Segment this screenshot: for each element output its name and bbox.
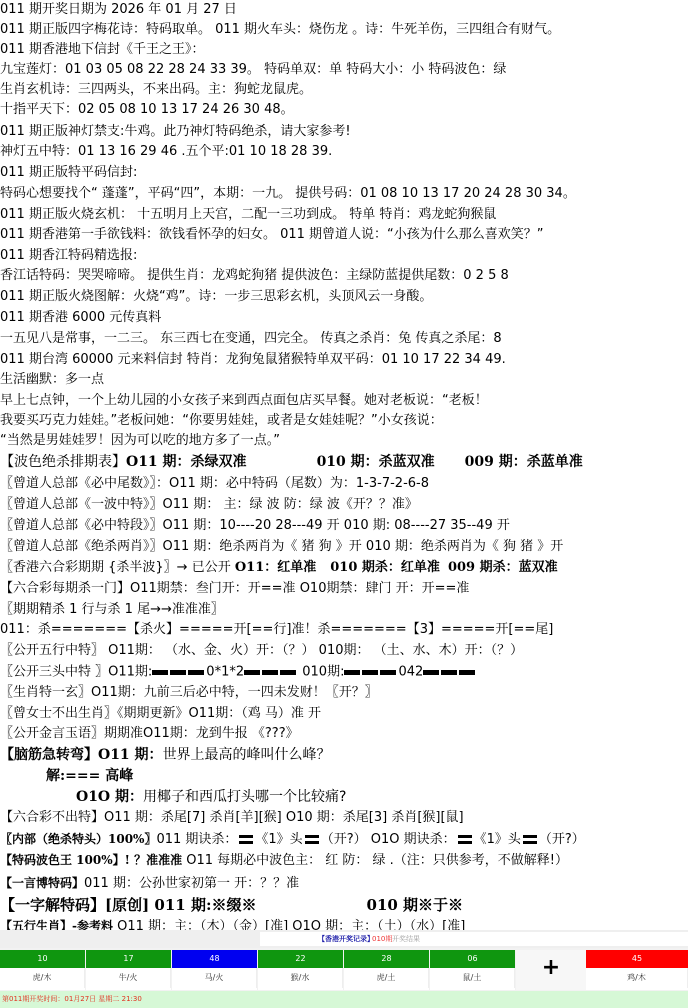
ten-fingers-line: 十指平天下：02 05 08 10 13 17 24 26 30 48。 <box>0 100 294 120</box>
bose-kill-line: 【波色绝杀排期表】O11 期：杀绿双准010 期：杀蓝双准009 期：杀蓝单准 <box>0 452 583 472</box>
riddle-line: 【脑筋急转弯】O11 期：世界上最高的峰叫什么峰？ <box>0 745 331 765</box>
bose-kill-label: 【波色绝杀排期表】 <box>0 454 126 470</box>
lottery-results-widget: 【香港开奖记录】 010期 开奖结果 10虎/木 17牛/火 48马/火 22猴… <box>0 930 688 1008</box>
one-wave-line: 〖曾道人总部《一波中特》〗O11 期： 主：绿 波 防：绿 波《开？？准》 <box>0 495 418 515</box>
period-label: 010期 <box>372 930 392 948</box>
envelope-title-line: 011 期香港地下信封《千王之王》： <box>0 40 204 60</box>
kill-one-gate-line: 【六合彩每期杀一门】O11期禁：叁门开：开==准 O10期禁：肆门 开：开==准 <box>0 579 469 599</box>
xiangjiang-code-line: 香江话特码：哭哭啼啼。 提供生肖：龙鸡蛇狗猪 提供波色：主绿防蓝提供尾数：0 2… <box>0 266 509 286</box>
next-draw-time: 第011期开奖时间：01月27日 星期二 21:30 <box>0 991 688 1008</box>
bar-glyph-icon <box>152 662 206 682</box>
ball-cell: 10虎/木 <box>0 950 85 990</box>
lamp-five-line: 神灯五中特：01 13 16 29 46 .五个平:01 10 18 28 39… <box>0 142 332 162</box>
humor-line-2: 我要买巧克力娃娃。”老板问她：“你要男娃娃，或者是女娃娃呢？”小女孩说： <box>0 411 443 431</box>
xiangjiang-title-line: 011 期香江特码精选报: <box>0 246 137 266</box>
special-segment-line: 〖曾道人总部《必中特段》〗O11 期：10----20 28---49 开 01… <box>0 516 510 536</box>
bar-glyph-icon <box>244 662 298 682</box>
bar-glyph-icon <box>344 662 398 682</box>
humor-line-3: “当然是男娃娃罗！因为可以吃的地方多了一点。” <box>0 431 280 451</box>
golden-words-line: 〖公开金言玉语〗期期准O11期：龙到牛报 《???》 <box>0 724 299 744</box>
double-bar-icon <box>239 835 253 844</box>
ms-zeng-line: 〖曾女士不出生肖〗《期期更新》O11期：（鸡 马）准 开 <box>0 704 321 724</box>
special-code-line: 特码心想要找个“ 蓬蓬”，平码“四”，本期：一九。 提供号码：01 08 10 … <box>0 184 576 204</box>
no-special-line: 【六合彩不出特】O11 期：杀尾[7] 杀肖[羊][猴] O10 期：杀尾[3]… <box>0 808 464 828</box>
zodiac-one-line: 〖生肖特一玄〗O11期：九前三后必中特，一四未发财！〖开？〗 <box>0 683 378 703</box>
precise-kill-title: 〖期期精杀 1 行与杀 1 尾→→准准准〗 <box>0 600 224 620</box>
fax-content-line: 一五见八是常事，一二三。 东三西七在变通，四完全。 传真之杀肖：兔 传真之杀尾：… <box>0 329 502 349</box>
ball-cell: 48马/火 <box>172 950 257 990</box>
lottery-header: 【香港开奖记录】 010期 开奖结果 <box>0 930 688 948</box>
one-word-special-line: 【一言博特码】011 期：公孙世家初第一 开：？？准 <box>0 873 299 893</box>
draw-date-line: 011 期开奖日期为 2026 年 01 月 27 日 <box>0 0 237 20</box>
ball-cell: 17牛/火 <box>86 950 171 990</box>
plus-icon: + <box>516 950 586 990</box>
half-wave-line: 〖香港六合彩期期 {杀半波}〗→ 已公开 O11：红单准010 期杀：红单准00… <box>0 558 558 578</box>
wave-king-line: 【特码波色王 100%】! ？准准准 O11 每期必中波色主： 红 防： 绿 .… <box>0 850 568 870</box>
bar-glyph-icon <box>423 662 477 682</box>
double-bar-icon <box>523 835 537 844</box>
internal-kill-head-line: 〖内部（绝杀特头）100%〗011 期诀杀：《1》头（开?） O1O 期诀杀：《… <box>0 829 585 849</box>
precise-kill-line: 011：杀=======【杀火】=====开[==行]准！杀=======【3】… <box>0 620 553 640</box>
lamp-ban-line: 011 期正版神灯禁支:牛鸡。此乃神灯特码绝杀，请大家参考! <box>0 122 351 142</box>
first-hand-line: 011 期香港第一手欲钱料：欲钱看怀孕的妇女。 011 期曾道人说：“小孩为什么… <box>0 225 544 245</box>
fire-diagram-line: 011 期正版火烧图解：火烧“鸡”。诗：一步三思彩玄机，头顶风云一身酸。 <box>0 287 432 307</box>
lotus-lamp-line: 九宝莲灯：01 03 05 08 22 28 24 33 39。 特码单双：单 … <box>0 60 506 80</box>
riddle-010-line: O1O 期：用椰子和西瓜打头哪一个比较痛? <box>76 787 346 807</box>
kill-two-zodiac-line: 〖曾道人总部《绝杀两肖》〗O11 期：绝杀两肖为《 猪 狗 》开 010 期：绝… <box>0 537 563 557</box>
humor-title-line: 生活幽默：多一点 <box>0 370 104 390</box>
one-char-special-line: 【一字解特码】[原创] 011 期:※缀※010 期※于※ <box>0 894 463 916</box>
ball-cell: 22猴/水 <box>258 950 343 990</box>
five-elements-line: 〖公开五行中特〗 O11期： （水、金、火）开：（？） 010期： （土、水、木… <box>0 641 523 661</box>
double-bar-icon <box>458 835 472 844</box>
zodiac-poem-line: 生肖玄机诗：三四两头，不来出码。主：狗蛇龙鼠虎。 <box>0 80 312 100</box>
special-envelope-line: 011 期正版特平码信封: <box>0 163 137 183</box>
record-link[interactable]: 【香港开奖记录】 <box>318 930 374 948</box>
special-ball-cell: 45鸡/木 <box>586 950 688 990</box>
taiwan-line: 011 期台湾 60000 元来料信封 特肖：龙狗兔鼠猪猴特单双平码：01 10… <box>0 350 506 370</box>
ball-cell: 06鼠/土 <box>430 950 515 990</box>
tail-number-line: 〖曾道人总部《必中尾数》〗：O11 期：必中特码（尾数）为：1-3-7-2-6-… <box>0 474 429 494</box>
ball-cell: 28虎/土 <box>344 950 429 990</box>
meihua-poem-line: 011 期正版四字梅花诗：特码取单。 011 期火车头：烧伤龙 。诗：牛死羊伤，… <box>0 20 560 40</box>
result-balls: 10虎/木 17牛/火 48马/火 22猴/水 28虎/土 06鼠/土 + 45… <box>0 950 688 990</box>
riddle-answer: 解:=== 高峰 <box>46 766 133 786</box>
three-heads-line: 〖公开三头中特 〗O11期:0*1*2 010期:042 <box>0 662 477 682</box>
humor-line-1: 早上七点钟，一个上幼儿园的小女孩子来到西点面包店买早餐。她对老板说：“老板！ <box>0 391 488 411</box>
double-bar-icon <box>305 835 319 844</box>
result-label: 开奖结果 <box>392 930 420 948</box>
fax-title-line: 011 期香港 6000 元传真料 <box>0 308 161 328</box>
fire-mystery-line: 011 期正版火烧玄机： 十五明月上天宫，二配一三功到成。 特单 特肖：鸡龙蛇狗… <box>0 205 496 225</box>
